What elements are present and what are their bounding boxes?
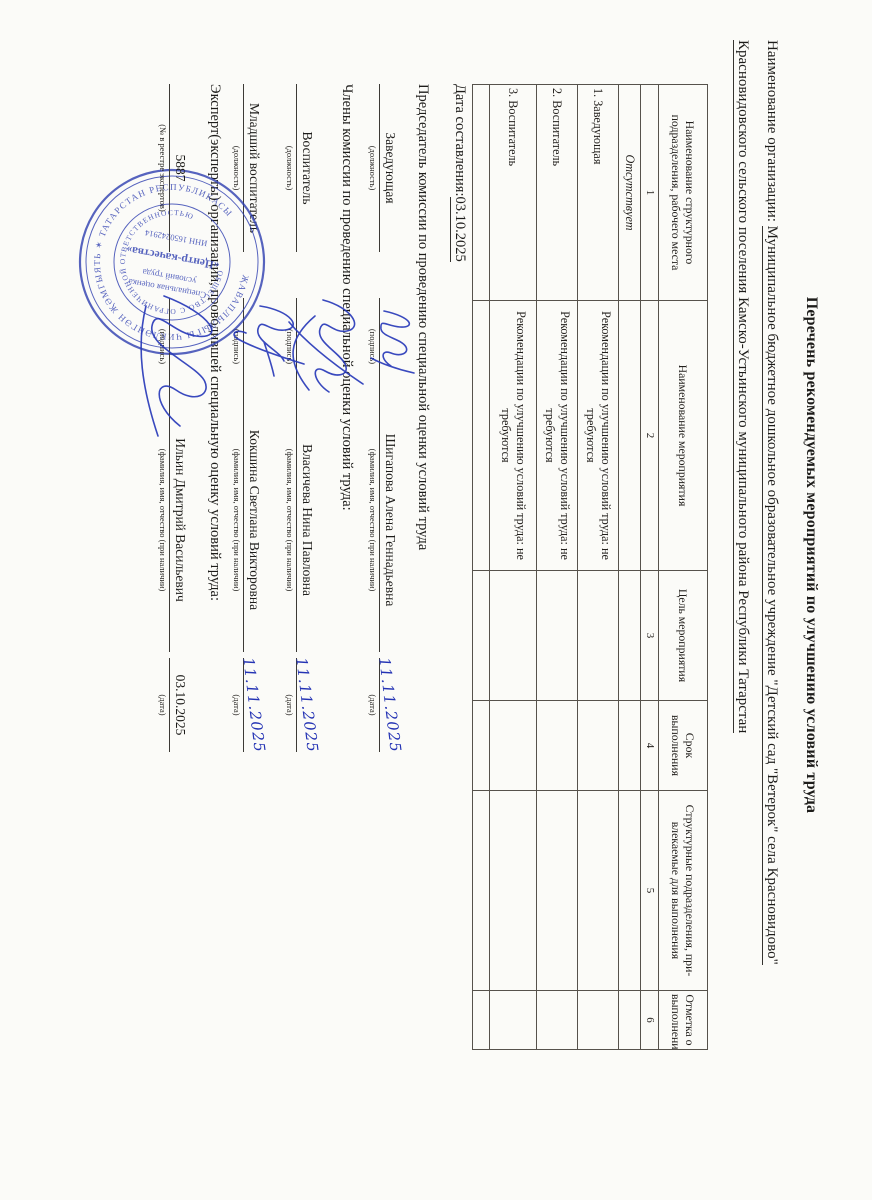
measure-cell: Рекомендации по улучшению условий труда:… [537, 301, 578, 571]
absent-row: Отсутствует [619, 85, 641, 1050]
org-name-line1: Муниципальное бюджетное дошкольное образ… [762, 226, 780, 965]
position-label: (должность) [285, 84, 295, 252]
chairman-date: 11.11.2025 [375, 656, 405, 753]
member-name-block: Власичева Нина Павловна (фамилия, имя, о… [285, 388, 326, 652]
fio-label: (фамилия, имя, отчество (при наличии) [368, 388, 378, 652]
col-header-workplace: Наименование структурного подразделения,… [659, 85, 708, 301]
empty-cell [473, 85, 490, 301]
date-line: 11.11.2025 [379, 658, 409, 752]
empty-cell [619, 701, 641, 791]
member-date-block: 11.11.2025 (дата) [232, 658, 273, 752]
member-position: Воспитатель [296, 84, 326, 252]
col-header-goal: Цель мероприятия [659, 571, 708, 701]
chairman-position-block: Заведующая (должность) [368, 84, 409, 252]
col-number: 2 [641, 301, 659, 571]
member-date-block: 11.11.2025 (дата) [285, 658, 326, 752]
col-number: 1 [641, 85, 659, 301]
compile-date-line: Дата составления:03.10.2025 [451, 84, 468, 262]
landscape-sheet: Перечень рекомендуемых мероприятий по ул… [0, 0, 872, 1200]
chairman-position: Заведующая [379, 84, 409, 252]
chairman-name-block: Шигапова Алена Геннадьевна (фамилия, имя… [368, 388, 409, 652]
empty-cell [490, 701, 537, 791]
empty-cell [473, 791, 490, 991]
empty-cell [473, 571, 490, 701]
empty-cell [578, 991, 619, 1050]
member-date: 11.11.2025 [292, 656, 322, 753]
member-name-block: Кокшина Светлана Викторовна (фамилия, им… [232, 388, 273, 652]
date-line: 11.11.2025 [243, 658, 273, 752]
empty-cell [537, 791, 578, 991]
workplace-cell: 3. Воспитатель [490, 85, 537, 301]
expert-signature-drawing [130, 284, 236, 449]
empty-cell [578, 791, 619, 991]
chairman-name: Шигапова Алена Геннадьевна [379, 388, 409, 652]
empty-cell [619, 301, 641, 571]
table-empty-row [473, 85, 490, 1050]
org-line-2: Красновидовского сельского поселения Кам… [734, 40, 751, 733]
table-row: 2. Воспитатель Рекомендации по улучшению… [537, 85, 578, 1050]
col-header-term: Срок выполнения [659, 701, 708, 791]
document-title: Перечень рекомендуемых мероприятий по ул… [802, 60, 820, 1050]
compile-date-value: 03.10.2025 [450, 197, 468, 262]
table-row: 3. Воспитатель Рекомендации по улучшению… [490, 85, 537, 1050]
col-number: 3 [641, 571, 659, 701]
col-header-departments: Структурные подразделения, при­влекаемые… [659, 791, 708, 991]
absent-label: Отсутствует [619, 85, 641, 301]
position-label: (должность) [368, 84, 378, 252]
expert-number-block: 5887 (№ в реестре экспертов) [158, 84, 199, 252]
chairman-signature-drawing [369, 303, 424, 403]
empty-cell [619, 991, 641, 1050]
empty-cell [490, 571, 537, 701]
expert-date-block: 03.10.2025 (дата) [158, 658, 199, 752]
chairman-date-block: 11.11.2025 (дата) [368, 658, 409, 752]
empty-cell [473, 991, 490, 1050]
empty-cell [578, 571, 619, 701]
empty-cell [619, 571, 641, 701]
empty-cell [619, 791, 641, 991]
empty-cell [537, 701, 578, 791]
col-header-measure: Наименование мероприятия [659, 301, 708, 571]
col-number: 4 [641, 701, 659, 791]
fio-label: (фамилия, имя, отчество (при наличии) [285, 388, 295, 652]
compile-date-label: Дата составления: [452, 84, 468, 197]
member-date: 11.11.2025 [239, 656, 269, 753]
measure-cell: Рекомендации по улучшению условий труда:… [490, 301, 537, 571]
expert-date: 03.10.2025 [169, 658, 199, 752]
column-number-row: 1 2 3 4 5 6 [641, 85, 659, 1050]
date-label: (дата) [158, 658, 168, 752]
member-signature-drawing [232, 292, 312, 407]
table-row: 1. Заведующая Рекомендации по улучшению … [578, 85, 619, 1050]
workplace-cell: 1. Заведующая [578, 85, 619, 301]
org-line-1: Наименование организации: Муниципальное … [763, 40, 780, 965]
col-number: 5 [641, 791, 659, 991]
member-name: Власичева Нина Павловна [296, 388, 326, 652]
expert-number: 5887 [169, 84, 199, 252]
expert-number-label: (№ в реестре экспертов) [158, 84, 168, 252]
workplace-cell: 2. Воспитатель [537, 85, 578, 301]
empty-cell [490, 791, 537, 991]
col-number: 6 [641, 991, 659, 1050]
org-name-line2: Красновидовского сельского поселения Кам… [733, 40, 751, 733]
scanned-page: Перечень рекомендуемых мероприятий по ул… [0, 0, 872, 1200]
org-label: Наименование организации: [764, 40, 780, 222]
table-header-row: Наименование структурного подразделения,… [659, 85, 708, 1050]
member-position-block: Воспитатель (должность) [285, 84, 326, 252]
empty-cell [578, 701, 619, 791]
member-name: Кокшина Светлана Викторовна [243, 388, 273, 652]
date-line: 11.11.2025 [296, 658, 326, 752]
empty-cell [490, 991, 537, 1050]
measure-cell: Рекомендации по улучшению условий труда:… [578, 301, 619, 571]
empty-cell [473, 701, 490, 791]
col-header-mark: Отметка о выполнении [659, 991, 708, 1050]
empty-cell [537, 571, 578, 701]
empty-cell [537, 991, 578, 1050]
empty-cell [473, 301, 490, 571]
measures-table: Наименование структурного подразделения,… [472, 84, 708, 1050]
